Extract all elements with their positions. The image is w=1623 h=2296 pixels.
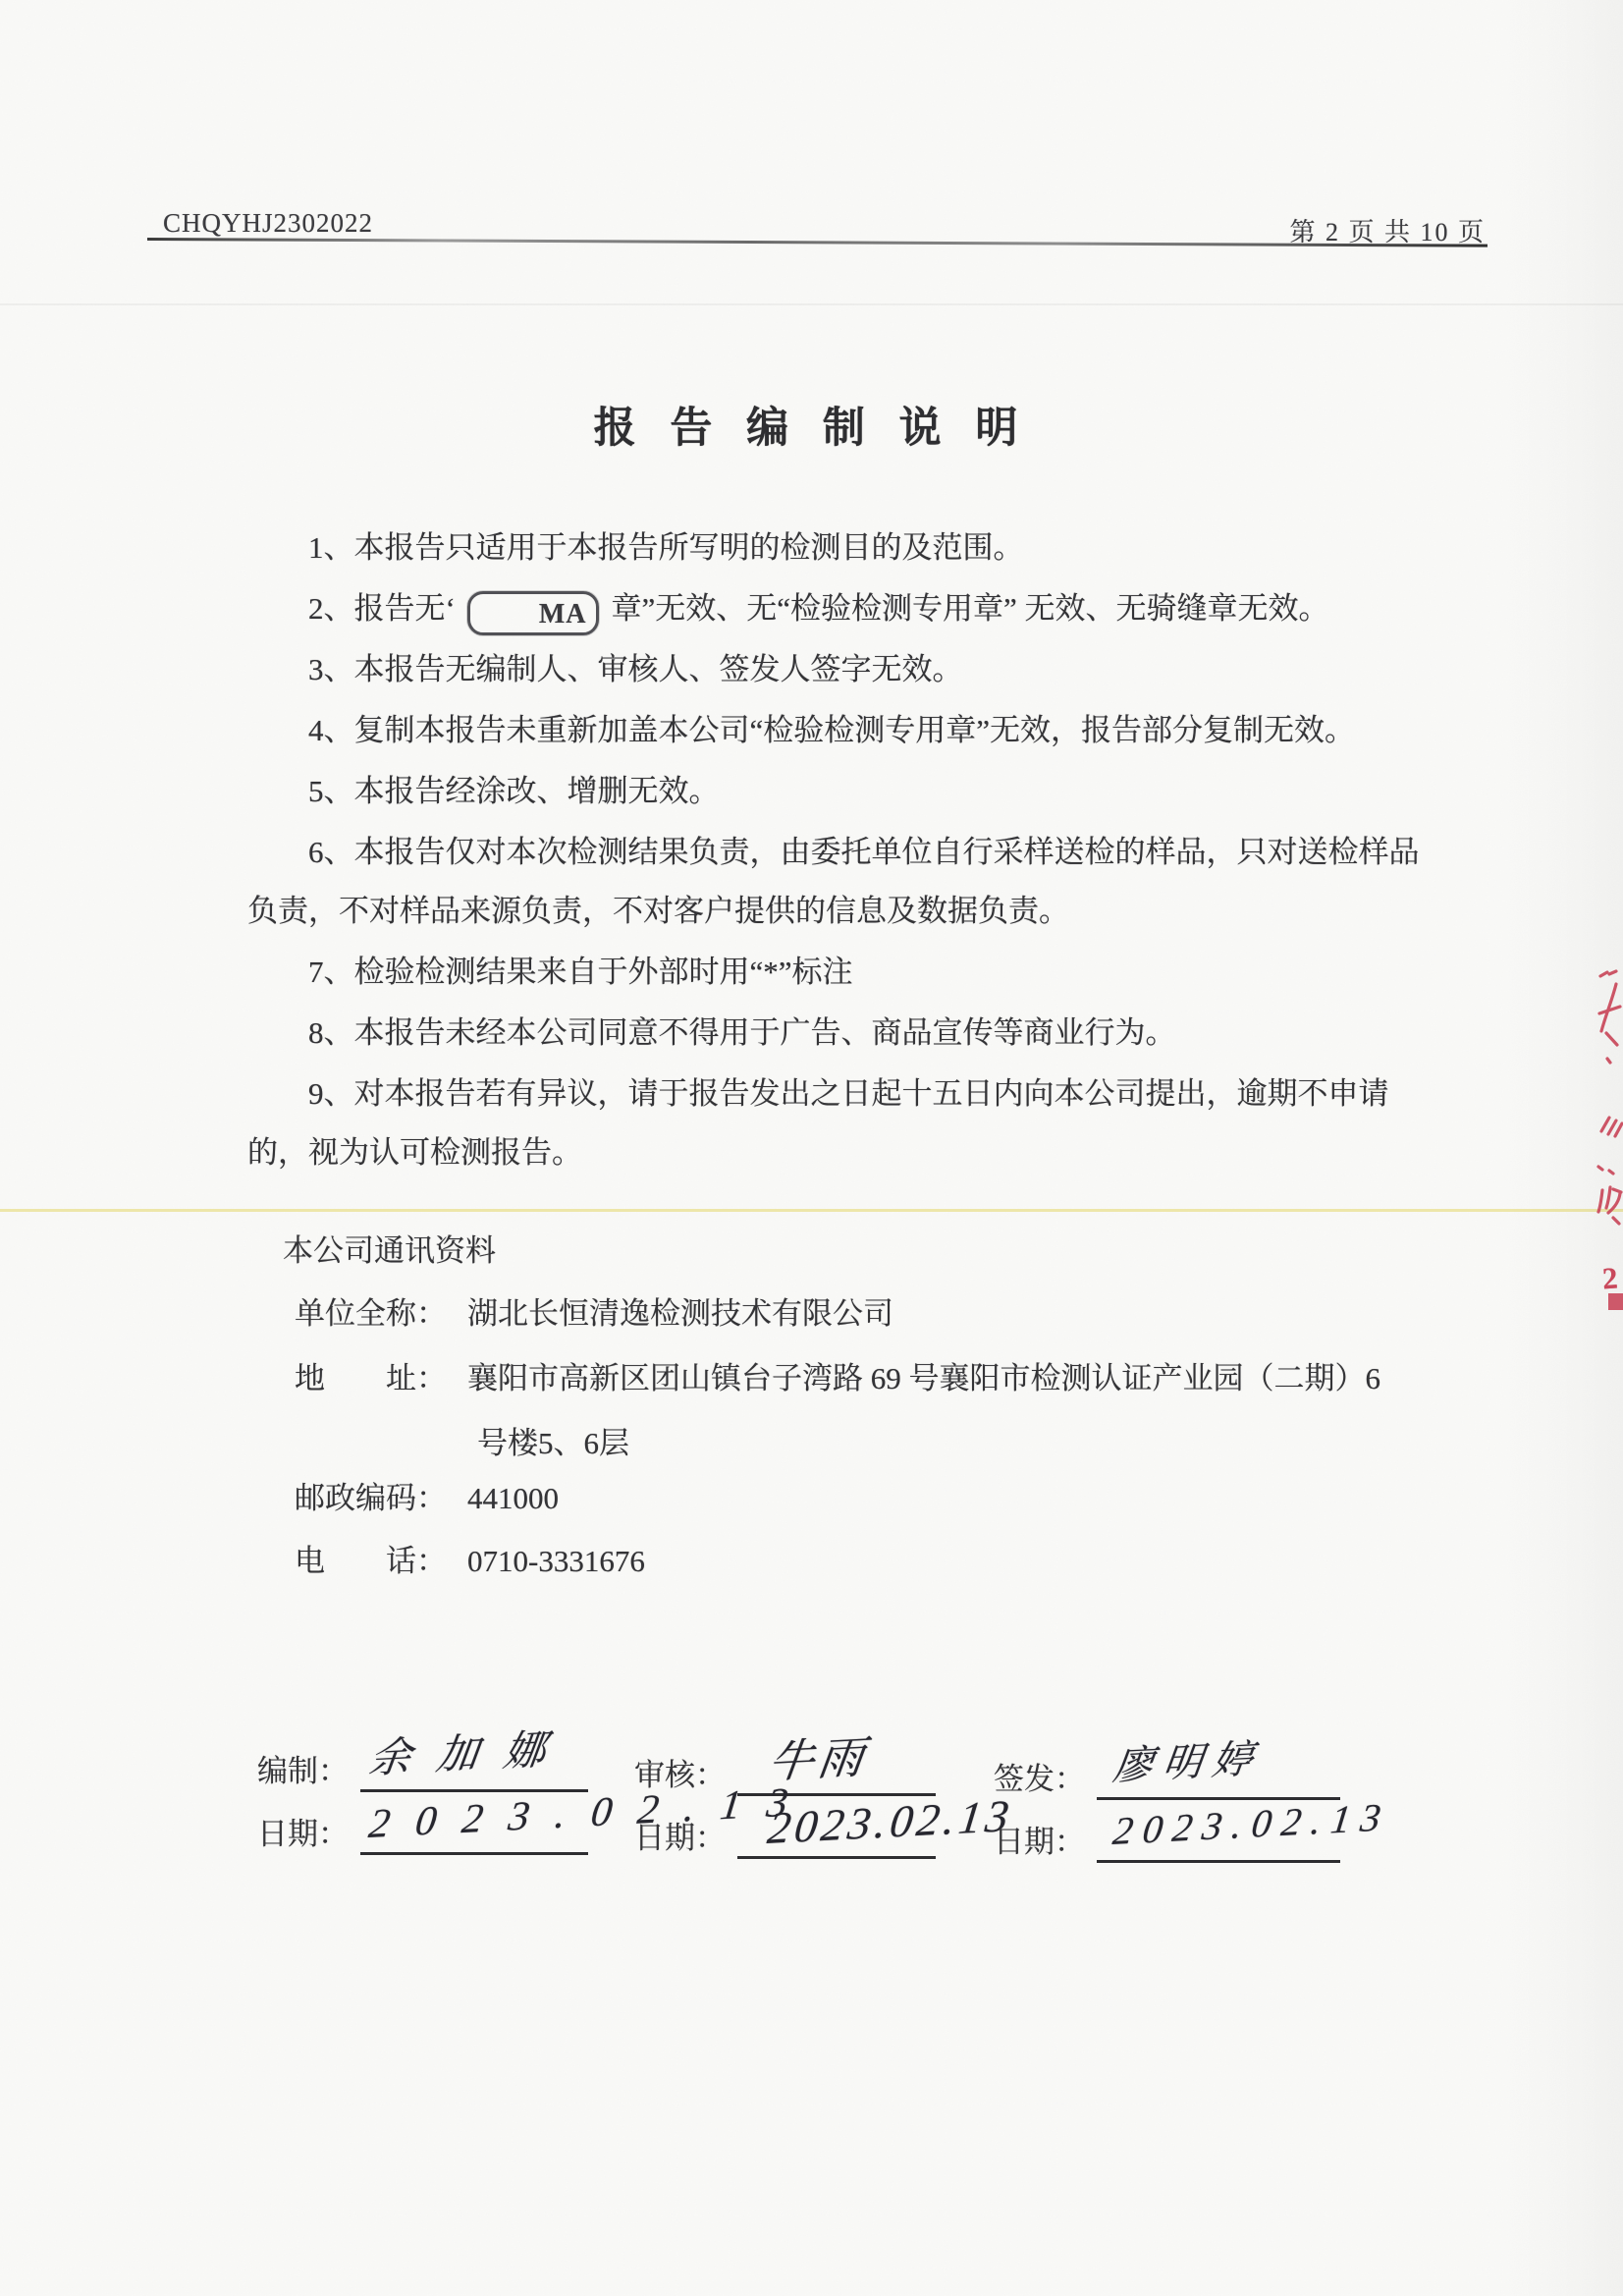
reviewed-date-line: 2023.02.13 <box>737 1826 936 1859</box>
reviewed-date-label: 日期： <box>634 1813 726 1859</box>
report-number: CHQYHJ2302022 <box>163 208 373 239</box>
note-item-3: 3、本报告无编制人、审核人、签发人签字无效。 <box>247 640 1422 699</box>
red-stamp-digit: 2 <box>1601 1261 1619 1297</box>
issued-date-row: 日期： 2023.02.13 <box>994 1817 1340 1863</box>
note-item-7: 7、检验检测结果来自于外部时用“*”标注 <box>247 943 1422 1002</box>
address-value-line2: 号楼5、6层 <box>477 1426 629 1460</box>
issued-date-label: 日期： <box>994 1817 1085 1863</box>
prepared-date-row: 日期： 2023.02.13 <box>257 1809 588 1855</box>
issued-by-signature: 廖明婷 <box>1110 1727 1266 1791</box>
postcode-label: 邮政编码： <box>295 1473 467 1517</box>
contact-heading: 本公司通讯资料 <box>283 1226 496 1270</box>
document-title: 报 告 编 制 说 明 <box>0 395 1623 455</box>
prepared-date-label: 日期： <box>257 1809 349 1855</box>
contact-phone-row: 电 话：0710-3331676 <box>295 1536 645 1580</box>
company-name-value: 湖北长恒清逸检测技术有限公司 <box>467 1296 893 1331</box>
prepared-date-line: 2023.02.13 <box>360 1822 588 1855</box>
issued-by-signature-line: 廖明婷 <box>1097 1765 1340 1800</box>
header-rule <box>147 238 1488 246</box>
prepared-by-label: 编制： <box>257 1746 349 1792</box>
note-item-4: 4、复制本报告未重新加盖本公司“检验检测专用章”无效，报告部分复制无效。 <box>247 701 1422 760</box>
note-item-2: 2、报告无‘MA章”无效、无“检验检测专用章” 无效、无骑缝章无效。 <box>247 579 1422 638</box>
cma-mark: MA <box>467 591 600 635</box>
red-stamp-block-fragment <box>1608 1293 1623 1310</box>
cma-mark-label: MA <box>539 599 587 629</box>
reviewed-date-row: 日期： 2023.02.13 <box>634 1813 936 1859</box>
note-item-9: 9、对本报告若有异议，请于报告发出之日起十五日内向本公司提出，逾期不申请的，视为… <box>247 1065 1422 1182</box>
address-value-line1: 襄阳市高新区团山镇台子湾路 69 号襄阳市检测认证产业园（二期）6 <box>467 1361 1380 1395</box>
scan-fold-line-faint <box>0 303 1623 305</box>
note-item-6: 6、本报告仅对本次检测结果负责，由委托单位自行采样送检的样品，只对送检样品负责，… <box>247 823 1422 941</box>
notes-list: 1、本报告只适用于本报告所写明的检测目的及范围。 2、报告无‘MA章”无效、无“… <box>247 519 1422 1184</box>
prepared-by-signature-line: 余加娜 <box>360 1757 588 1792</box>
note-item-2-text-after: 章”无效、无“检验检测专用章” 无效、无骑缝章无效。 <box>611 591 1328 626</box>
note-item-8: 8、本报告未经本公司同意不得用于广告、商品宣传等商业行为。 <box>247 1004 1422 1063</box>
issued-by-signature-row: 签发： 廖明婷 <box>994 1754 1340 1800</box>
contact-address-row: 地 址：襄阳市高新区团山镇台子湾路 69 号襄阳市检测认证产业园（二期）6 <box>295 1353 1380 1397</box>
phone-value: 0710-3331676 <box>467 1544 645 1578</box>
scanned-report-page: CHQYHJ2302022 第 2 页 共 10 页 报 告 编 制 说 明 1… <box>0 0 1623 2296</box>
company-name-label: 单位全称： <box>295 1288 467 1333</box>
phone-label: 电 话： <box>295 1536 467 1580</box>
scan-fold-line-yellow <box>0 1209 1623 1212</box>
contact-company-row: 单位全称：湖北长恒清逸检测技术有限公司 <box>295 1288 893 1333</box>
note-item-5: 5、本报告经涂改、增删无效。 <box>247 762 1422 821</box>
note-item-1: 1、本报告只适用于本报告所写明的检测目的及范围。 <box>247 519 1422 577</box>
contact-address-row-2: 号楼5、6层 <box>477 1418 629 1462</box>
address-label: 地 址： <box>295 1353 467 1397</box>
postcode-value: 441000 <box>467 1481 559 1515</box>
contact-postcode-row: 邮政编码：441000 <box>295 1473 559 1517</box>
issued-date-line: 2023.02.13 <box>1097 1830 1340 1863</box>
prepared-by-signature-row: 编制： 余加娜 <box>257 1746 588 1792</box>
issued-date-value: 2023.02.13 <box>1110 1793 1393 1854</box>
prepared-by-signature: 余加娜 <box>366 1716 575 1785</box>
note-item-2-text-before: 2、报告无‘ <box>308 591 456 626</box>
